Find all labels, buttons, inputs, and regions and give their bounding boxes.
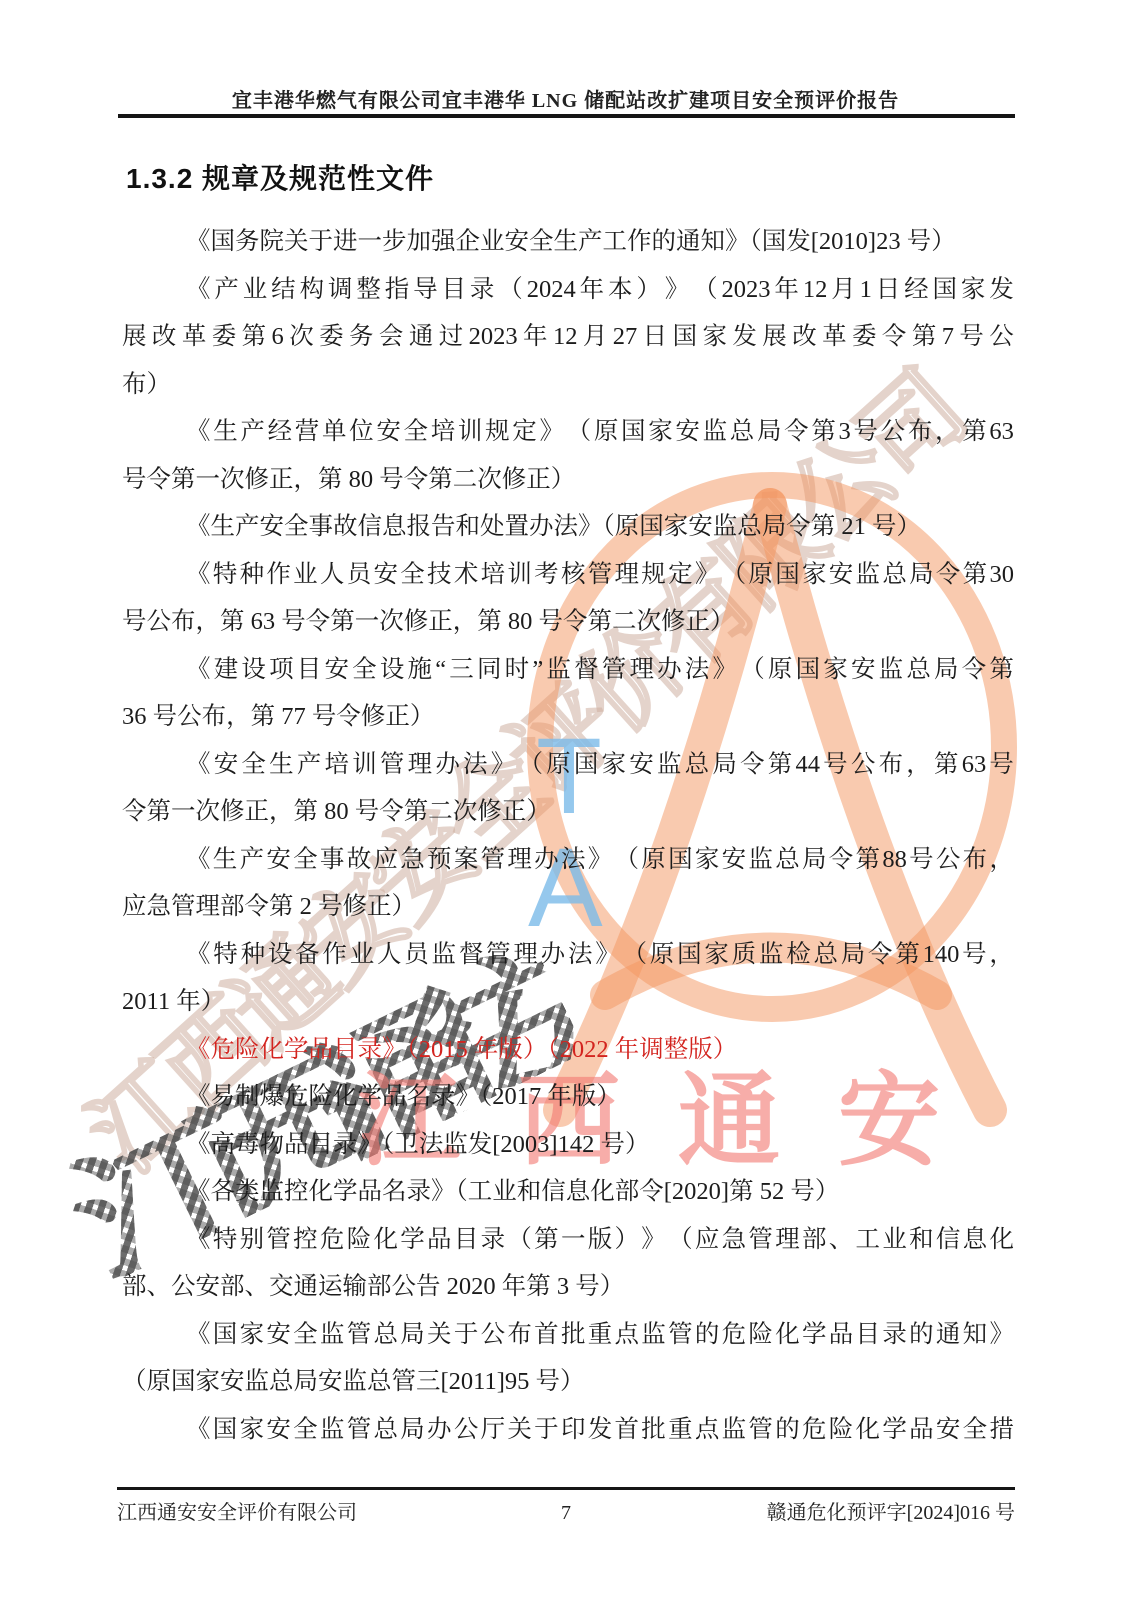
body-line: 令第一次修正，第 80 号令第二次修正）	[122, 788, 1014, 836]
body-line: 《国务院关于进一步加强企业安全生产工作的通知》（国发[2010]23 号）	[122, 218, 1014, 266]
footer-rule	[117, 1487, 1015, 1490]
footer-company-name: 江西通安安全评价有限公司	[117, 1496, 416, 1525]
body-line: 《生产安全事故应急预案管理办法》（原国家安监总局令第88号公布，	[122, 836, 1014, 884]
body-line: （原国家安监总局安监总管三[2011]95 号）	[122, 1358, 1014, 1406]
body-line: 《特种设备作业人员监督管理办法》（原国家质监检总局令第140号，	[122, 931, 1014, 979]
body-line: 《生产经营单位安全培训规定》（原国家安监总局令第3号公布，第63	[122, 408, 1014, 456]
body-line: 《生产安全事故信息报告和处置办法》（原国家安监总局令第 21 号）	[122, 503, 1014, 551]
page-footer: 江西通安安全评价有限公司 7 赣通危化预评字[2024]016 号	[117, 1496, 1015, 1525]
body-line: 《产业结构调整指导目录（2024年本）》（2023年12月1日经国家发	[122, 266, 1014, 314]
body-line: 《各类监控化学品名录》（工业和信息化部令[2020]第 52 号）	[122, 1168, 1014, 1216]
body-line: 《易制爆危险化学品名录》（2017 年版）	[122, 1073, 1014, 1121]
section-heading: 1.3.2 规章及规范性文件	[126, 157, 434, 197]
body-line: 《国家安全监管总局办公厅关于印发首批重点监管的危险化学品安全措	[122, 1406, 1014, 1454]
body-line: 36 号公布，第 77 号令修正）	[122, 693, 1014, 741]
footer-page-number: 7	[416, 1502, 715, 1525]
body-line: 《国家安全监管总局关于公布首批重点监管的危险化学品目录的通知》	[122, 1311, 1014, 1359]
body-line: 《危险化学品目录》（2015 年版）（2022 年调整版）	[122, 1026, 1014, 1074]
body-line: 部、公安部、交通运输部公告 2020 年第 3 号）	[122, 1263, 1014, 1311]
body-line: 《高毒物品目录》（卫法监发[2003]142 号）	[122, 1121, 1014, 1169]
body-line: 《特别管控危险化学品目录（第一版）》（应急管理部、工业和信息化	[122, 1216, 1014, 1264]
body-line: 号令第一次修正，第 80 号令第二次修正）	[122, 456, 1014, 504]
footer-document-number: 赣通危化预评字[2024]016 号	[716, 1496, 1015, 1525]
body-text: 《国务院关于进一步加强企业安全生产工作的通知》（国发[2010]23 号）《产业…	[122, 218, 1014, 1453]
header-rule	[118, 114, 1015, 118]
body-line: 《特种作业人员安全技术培训考核管理规定》（原国家安监总局令第30	[122, 551, 1014, 599]
body-line: 应急管理部令第 2 号修正）	[122, 883, 1014, 931]
document-page: 宜丰港华燃气有限公司宜丰港华 LNG 储配站改扩建项目安全预评价报告 1.3.2…	[0, 0, 1131, 1600]
body-line: 展改革委第6次委务会通过2023年12月27日国家发展改革委令第7号公	[122, 313, 1014, 361]
page-header-title: 宜丰港华燃气有限公司宜丰港华 LNG 储配站改扩建项目安全预评价报告	[0, 84, 1131, 113]
body-line: 《安全生产培训管理办法》（原国家安监总局令第44号公布，第63号	[122, 741, 1014, 789]
body-line: 2011 年）	[122, 978, 1014, 1026]
body-line: 布）	[122, 361, 1014, 409]
body-line: 《建设项目安全设施“三同时”监督管理办法》（原国家安监总局令第	[122, 646, 1014, 694]
body-line: 号公布，第 63 号令第一次修正，第 80 号令第二次修正）	[122, 598, 1014, 646]
